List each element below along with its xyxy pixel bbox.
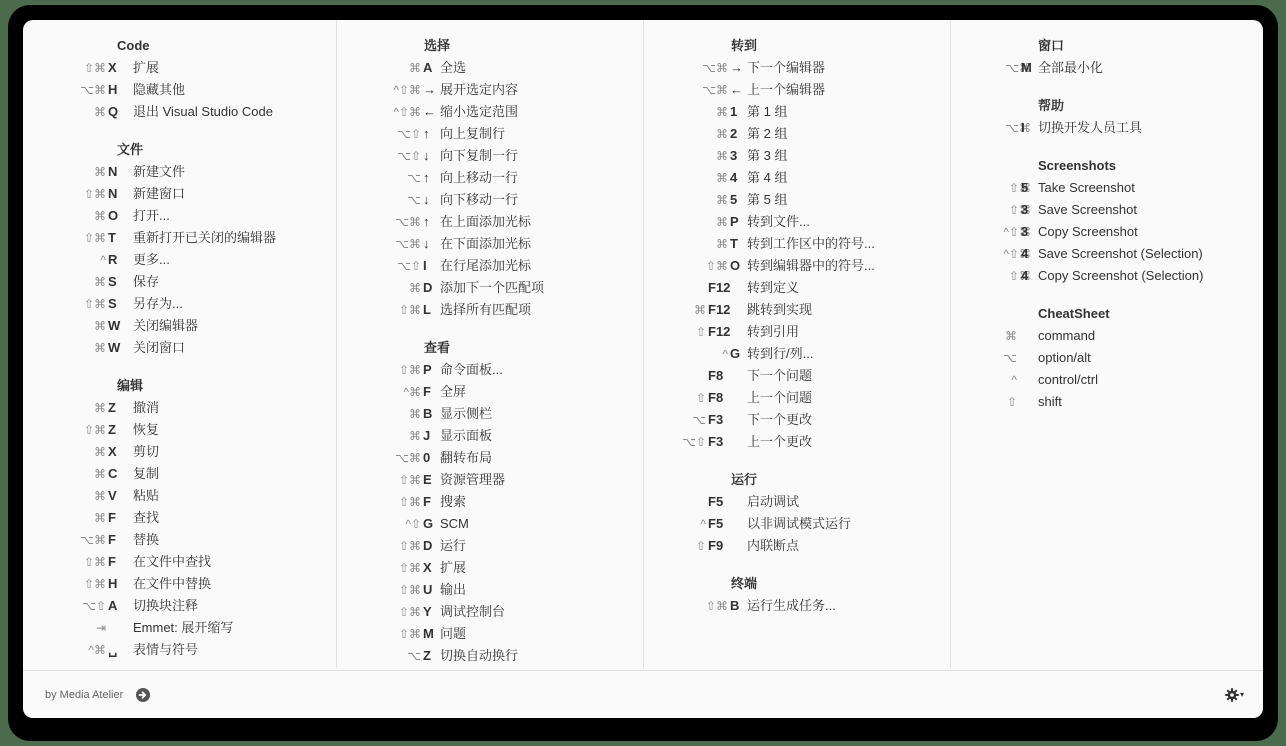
modifier-keys: ⇧⌘ — [84, 419, 106, 441]
shortcut-label: 向上复制行 — [440, 123, 505, 145]
shortcut-label: 转到定义 — [747, 277, 799, 299]
shortcut-key: F — [423, 491, 431, 513]
shortcut-key: → — [730, 57, 743, 79]
shortcut-label: 上一个更改 — [747, 431, 812, 453]
modifier-keys: ⌘ — [94, 205, 106, 227]
shortcut-label: Take Screenshot — [1038, 177, 1135, 199]
section-title: 运行 — [731, 469, 757, 491]
shortcut-label: Emmet: 展开缩写 — [133, 617, 233, 639]
arrow-right-circle-icon[interactable] — [136, 688, 150, 702]
shortcut-key: F9 — [708, 535, 723, 557]
shortcut-label: Save Screenshot — [1038, 199, 1137, 221]
modifier-keys: ^ — [722, 343, 728, 365]
shortcut-row: ⇧⌘N新建窗口 — [23, 183, 336, 205]
section-title: 选择 — [424, 35, 450, 57]
shortcut-key: F5 — [708, 513, 723, 535]
shortcut-row: ⌥⌘↓在下面添加光标 — [337, 233, 643, 255]
shortcut-label: 跳转到实现 — [747, 299, 812, 321]
section-title: CheatSheet — [1038, 303, 1110, 325]
shortcut-label: 全部最小化 — [1038, 57, 1103, 79]
modifier-keys: ⌘ — [409, 403, 421, 425]
shortcut-label: 翻转布局 — [440, 447, 492, 469]
shortcut-key: G — [423, 513, 433, 535]
shortcut-label: SCM — [440, 513, 469, 535]
shortcut-row: ^⇧⌘4Save Screenshot (Selection) — [951, 243, 1263, 265]
shortcut-key: T — [730, 233, 738, 255]
modifier-keys: ⇧⌘ — [399, 491, 421, 513]
shortcut-label: 恢复 — [133, 419, 159, 441]
shortcut-row: ⇧⌘M问题 — [337, 623, 643, 645]
shortcut-key: P — [423, 359, 432, 381]
modifier-keys: ⌘ — [409, 277, 421, 299]
shortcut-row: ⌘T转到工作区中的符号... — [644, 233, 950, 255]
shortcut-label: shift — [1038, 391, 1062, 413]
shortcut-key: O — [730, 255, 740, 277]
modifier-keys: ⇧⌘ — [84, 227, 106, 249]
shortcut-row: ^F5以非调试模式运行 — [644, 513, 950, 535]
shortcut-label: 显示侧栏 — [440, 403, 492, 425]
shortcut-key: ↓ — [423, 233, 430, 255]
column-3: 转到⌥⌘→下一个编辑器⌥⌘←上一个编辑器⌘1第 1 组⌘2第 2 组⌘3第 3 … — [644, 20, 951, 668]
shortcut-label: 内联断点 — [747, 535, 799, 557]
shortcut-label: 第 2 组 — [747, 123, 787, 145]
section-title: 编辑 — [117, 375, 143, 397]
modifier-keys: ⌘ — [716, 211, 728, 233]
shortcut-key: S — [108, 271, 117, 293]
shortcut-key: J — [423, 425, 430, 447]
shortcut-key: F5 — [708, 491, 723, 513]
shortcut-key: V — [108, 485, 117, 507]
shortcut-label: 切换自动换行 — [440, 645, 518, 667]
shortcut-row: ⌘O打开... — [23, 205, 336, 227]
modifier-keys: ^⇧⌘ — [393, 101, 421, 123]
section-title: 查看 — [424, 337, 450, 359]
shortcut-key: L — [423, 299, 431, 321]
shortcut-key: F12 — [708, 321, 730, 343]
modifier-keys: ⌘ — [94, 161, 106, 183]
shortcut-row: ⌥⌘↑在上面添加光标 — [337, 211, 643, 233]
shortcut-label: 切换开发人员工具 — [1038, 117, 1142, 139]
shortcut-label: 第 1 组 — [747, 101, 787, 123]
shortcut-key: F12 — [708, 277, 730, 299]
shortcut-label: 搜索 — [440, 491, 466, 513]
modifier-keys: ⇧⌘ — [399, 535, 421, 557]
shortcut-label: 输出 — [440, 579, 466, 601]
shortcut-row: ^⇧⌘←缩小选定范围 — [337, 101, 643, 123]
shortcut-row: ⌘F查找 — [23, 507, 336, 529]
shortcut-row: ⇧F9内联断点 — [644, 535, 950, 557]
shortcut-row: ⌘P转到文件... — [644, 211, 950, 233]
shortcut-row: ⇧⌘L选择所有匹配项 — [337, 299, 643, 321]
shortcut-label: Copy Screenshot (Selection) — [1038, 265, 1203, 287]
shortcut-key: O — [108, 205, 118, 227]
shortcut-row: ⌥⌘→下一个编辑器 — [644, 57, 950, 79]
modifier-keys: ⌥⌘ — [702, 79, 728, 101]
shortcut-key: N — [108, 183, 117, 205]
modifier-keys: ⌘ — [94, 337, 106, 359]
modifier-keys: ^⇧⌘ — [393, 79, 421, 101]
shortcut-row: ^⌘F全屏 — [337, 381, 643, 403]
shortcut-label: command — [1038, 325, 1095, 347]
shortcut-row: ⇧⌘F搜索 — [337, 491, 643, 513]
shortcut-key: ↑ — [423, 167, 430, 189]
modifier-keys: ⇧ — [696, 535, 706, 557]
shortcut-label: 粘贴 — [133, 485, 159, 507]
modifier-keys: ⇧ — [696, 321, 706, 343]
shortcut-key: E — [423, 469, 432, 491]
shortcut-label: 命令面板... — [440, 359, 503, 381]
shortcut-row: ⌥⌘←上一个编辑器 — [644, 79, 950, 101]
shortcut-label: 转到文件... — [747, 211, 810, 233]
shortcut-row: ⇧⌘T重新打开已关闭的编辑器 — [23, 227, 336, 249]
modifier-keys: ⇧⌘ — [399, 601, 421, 623]
shortcut-key: F12 — [708, 299, 730, 321]
shortcut-key: W — [108, 337, 120, 359]
shortcut-key: F8 — [708, 365, 723, 387]
shortcut-label: 下一个更改 — [747, 409, 812, 431]
modifier-keys: ^⇧ — [405, 513, 421, 535]
shortcut-columns: Code⇧⌘X扩展⌥⌘H隐藏其他⌘Q退出 Visual Studio Code文… — [23, 20, 1263, 670]
chevron-down-icon: ▾ — [1240, 690, 1244, 699]
modifier-keys: ⇧⌘ — [706, 595, 728, 617]
modifier-keys: ^ — [700, 513, 706, 535]
shortcut-label: 以非调试模式运行 — [747, 513, 851, 535]
modifier-keys: ⌘ — [94, 271, 106, 293]
shortcut-key: H — [108, 79, 117, 101]
modifier-keys: ⇧⌘ — [399, 623, 421, 645]
shortcut-label: 切换块注释 — [133, 595, 198, 617]
shortcut-key: F — [108, 551, 116, 573]
shortcut-row: ⇧F12转到引用 — [644, 321, 950, 343]
modifier-keys: ⌘ — [716, 167, 728, 189]
shortcut-key: 4 — [730, 167, 737, 189]
shortcut-row: ⌥⌘F替换 — [23, 529, 336, 551]
shortcut-row: ⇥Emmet: 展开缩写 — [23, 617, 336, 639]
shortcut-row: ^⇧GSCM — [337, 513, 643, 535]
shortcut-row: ⌘5第 5 组 — [644, 189, 950, 211]
modifier-keys: ⌘ — [716, 233, 728, 255]
modifier-keys: ⇧ — [696, 387, 706, 409]
shortcut-key: B — [730, 595, 739, 617]
shortcut-row: ^⇧⌘→展开选定内容 — [337, 79, 643, 101]
section-title: Code — [117, 35, 150, 57]
shortcut-row: ⇧⌘S另存为... — [23, 293, 336, 315]
shortcut-key: 1 — [730, 101, 737, 123]
modifier-keys: ⌥⌘ — [395, 211, 421, 233]
modifier-keys: ⌥⇧ — [397, 255, 421, 277]
shortcut-row: ⌥⌘H隐藏其他 — [23, 79, 336, 101]
shortcut-label: 在上面添加光标 — [440, 211, 531, 233]
shortcut-key: 0 — [423, 447, 430, 469]
modifier-keys: ⇧⌘ — [84, 293, 106, 315]
cheatsheet-window: Code⇧⌘X扩展⌥⌘H隐藏其他⌘Q退出 Visual Studio Code文… — [23, 20, 1263, 718]
shortcut-label: 另存为... — [133, 293, 183, 315]
shortcut-label: 上一个问题 — [747, 387, 812, 409]
shortcut-key: → — [423, 79, 436, 101]
modifier-keys: ⌥⇧ — [397, 145, 421, 167]
shortcut-row: ^⌘␣表情与符号 — [23, 639, 336, 661]
column-2: 选择⌘A全选^⇧⌘→展开选定内容^⇧⌘←缩小选定范围⌥⇧↑向上复制行⌥⇧↓向下复… — [337, 20, 644, 668]
modifier-keys: ^ — [100, 249, 106, 271]
shortcut-row: ⌥⌘0翻转布局 — [337, 447, 643, 469]
modifier-keys: ⌘ — [94, 463, 106, 485]
shortcut-label: 替换 — [133, 529, 159, 551]
modifier-keys: ⌘ — [94, 101, 106, 123]
shortcut-key: C — [108, 463, 117, 485]
shortcut-row: ⌥F3下一个更改 — [644, 409, 950, 431]
shortcut-label: 隐藏其他 — [133, 79, 185, 101]
modifier-keys: ⇧⌘ — [399, 469, 421, 491]
modifier-keys: ⌘ — [409, 57, 421, 79]
shortcut-key: ↑ — [423, 123, 430, 145]
shortcut-row: F5启动调试 — [644, 491, 950, 513]
shortcut-key: 3 — [1021, 221, 1028, 243]
shortcut-row: ⇧⌘B运行生成任务... — [644, 595, 950, 617]
shortcut-label: 全屏 — [440, 381, 466, 403]
shortcut-key: F8 — [708, 387, 723, 409]
shortcut-row: ⇧⌘U输出 — [337, 579, 643, 601]
shortcut-label: 重新打开已关闭的编辑器 — [133, 227, 276, 249]
shortcut-key: 3 — [730, 145, 737, 167]
shortcut-row: ⌥⌘I切换开发人员工具 — [951, 117, 1263, 139]
modifier-keys: ⇧⌘ — [399, 579, 421, 601]
shortcut-key: 5 — [1021, 177, 1028, 199]
shortcut-row: ⌘Z撤消 — [23, 397, 336, 419]
shortcut-row: ⌥option/alt — [951, 347, 1263, 369]
modifier-keys: ⌥ — [407, 645, 421, 667]
shortcut-key: 4 — [1021, 243, 1028, 265]
shortcut-row: ⌘3第 3 组 — [644, 145, 950, 167]
shortcut-label: 打开... — [133, 205, 170, 227]
shortcut-row: ⌘F12跳转到实现 — [644, 299, 950, 321]
shortcut-label: 剪切 — [133, 441, 159, 463]
shortcut-label: 在下面添加光标 — [440, 233, 531, 255]
modifier-keys: ⇧ — [1007, 391, 1017, 413]
shortcut-row: ⌘N新建文件 — [23, 161, 336, 183]
modifier-keys: ^ — [1011, 369, 1017, 391]
shortcut-key: U — [423, 579, 432, 601]
settings-gear-button[interactable]: ▾ — [1225, 685, 1247, 705]
shortcut-row: ⇧⌘H在文件中替换 — [23, 573, 336, 595]
gear-icon — [1225, 688, 1239, 702]
modifier-keys: ^⌘ — [88, 639, 106, 661]
shortcut-key: I — [423, 255, 427, 277]
shortcut-row: ⇧⌘4Copy Screenshot (Selection) — [951, 265, 1263, 287]
shortcut-row: ⌥⌘M全部最小化 — [951, 57, 1263, 79]
modifier-keys: ⌥⌘ — [702, 57, 728, 79]
modifier-keys: ⌘ — [94, 441, 106, 463]
shortcut-key: 3 — [1021, 199, 1028, 221]
modifier-keys: ⌘ — [409, 425, 421, 447]
shortcut-row: ⇧F8上一个问题 — [644, 387, 950, 409]
footer-bar: by Media Atelier ▾ — [23, 670, 1263, 718]
shortcut-label: 添加下一个匹配项 — [440, 277, 544, 299]
shortcut-key: ␣ — [108, 639, 117, 661]
shortcut-label: 转到引用 — [747, 321, 799, 343]
modifier-keys: ⌘ — [716, 145, 728, 167]
shortcut-row: ⌥↓向下移动一行 — [337, 189, 643, 211]
shortcut-label: Save Screenshot (Selection) — [1038, 243, 1203, 265]
shortcut-key: Q — [108, 101, 118, 123]
shortcut-key: 5 — [730, 189, 737, 211]
shortcut-row: ⇧⌘E资源管理器 — [337, 469, 643, 491]
modifier-keys: ⇧⌘ — [84, 183, 106, 205]
shortcut-key: ↓ — [423, 189, 430, 211]
shortcut-row: ⌘W关闭窗口 — [23, 337, 336, 359]
shortcut-row: ⌘A全选 — [337, 57, 643, 79]
shortcut-key: X — [423, 557, 432, 579]
modifier-keys: ⇧⌘ — [706, 255, 728, 277]
shortcut-label: 关闭编辑器 — [133, 315, 198, 337]
shortcut-label: 保存 — [133, 271, 159, 293]
modifier-keys: ⌥⇧ — [682, 431, 706, 453]
shortcut-row: ⇧⌘X扩展 — [337, 557, 643, 579]
shortcut-label: 调试控制台 — [440, 601, 505, 623]
section-title: 终端 — [731, 573, 757, 595]
shortcut-row: ⌥↑向上移动一行 — [337, 167, 643, 189]
shortcut-row: ⌘X剪切 — [23, 441, 336, 463]
modifier-keys: ^⌘ — [403, 381, 421, 403]
shortcut-label: 上一个编辑器 — [747, 79, 825, 101]
credit-link[interactable]: by Media Atelier — [45, 686, 123, 704]
shortcut-row: ⌥⇧I在行尾添加光标 — [337, 255, 643, 277]
shortcut-label: 下一个编辑器 — [747, 57, 825, 79]
shortcut-key: X — [108, 57, 117, 79]
shortcut-key: ↑ — [423, 211, 430, 233]
shortcut-key: ← — [423, 101, 436, 123]
shortcut-key: I — [1021, 117, 1025, 139]
modifier-keys: ⌘ — [94, 397, 106, 419]
shortcut-key: B — [423, 403, 432, 425]
shortcut-label: 下一个问题 — [747, 365, 812, 387]
shortcut-label: 显示面板 — [440, 425, 492, 447]
shortcut-key: F3 — [708, 431, 723, 453]
modifier-keys: ⌘ — [694, 299, 706, 321]
shortcut-row: ⌘V粘贴 — [23, 485, 336, 507]
shortcut-label: 运行生成任务... — [747, 595, 836, 617]
shortcut-key: T — [108, 227, 116, 249]
shortcut-label: 运行 — [440, 535, 466, 557]
shortcut-row: F8下一个问题 — [644, 365, 950, 387]
shortcut-row: ⌘S保存 — [23, 271, 336, 293]
shortcut-row: ⇧shift — [951, 391, 1263, 413]
shortcut-row: ^control/ctrl — [951, 369, 1263, 391]
shortcut-label: 第 4 组 — [747, 167, 787, 189]
section-title: 转到 — [731, 35, 757, 57]
shortcut-key: Z — [423, 645, 431, 667]
modifier-keys: ⌥ — [407, 189, 421, 211]
shortcut-label: 问题 — [440, 623, 466, 645]
shortcut-key: F3 — [708, 409, 723, 431]
shortcut-key: F — [108, 529, 116, 551]
shortcut-row: ⇧⌘D运行 — [337, 535, 643, 557]
shortcut-row: ⇧⌘Y调试控制台 — [337, 601, 643, 623]
shortcut-label: 表情与符号 — [133, 639, 198, 661]
shortcut-key: Z — [108, 397, 116, 419]
modifier-keys: ⌥⇧ — [82, 595, 106, 617]
shortcut-label: 复制 — [133, 463, 159, 485]
shortcut-key: Z — [108, 419, 116, 441]
modifier-keys: ⇧⌘ — [84, 57, 106, 79]
shortcut-row: ⌘W关闭编辑器 — [23, 315, 336, 337]
shortcut-row: ⇧⌘F在文件中查找 — [23, 551, 336, 573]
shortcut-label: 在文件中查找 — [133, 551, 211, 573]
shortcut-label: 向下复制一行 — [440, 145, 518, 167]
shortcut-key: F — [108, 507, 116, 529]
modifier-keys: ⇧⌘ — [399, 359, 421, 381]
shortcut-row: ^⇧⌘3Copy Screenshot — [951, 221, 1263, 243]
shortcut-label: 向下移动一行 — [440, 189, 518, 211]
shortcut-label: 转到编辑器中的符号... — [747, 255, 875, 277]
shortcut-key: ↓ — [423, 145, 430, 167]
section-title: 帮助 — [1038, 95, 1064, 117]
modifier-keys: ⌘ — [716, 123, 728, 145]
shortcut-row: ⇧⌘P命令面板... — [337, 359, 643, 381]
shortcut-row: ⌥⇧↓向下复制一行 — [337, 145, 643, 167]
modifier-keys: ⇧⌘ — [84, 573, 106, 595]
shortcut-key: ← — [730, 79, 743, 101]
shortcut-key: 4 — [1021, 265, 1028, 287]
shortcut-key: 2 — [730, 123, 737, 145]
shortcut-label: 向上移动一行 — [440, 167, 518, 189]
shortcut-key: R — [108, 249, 117, 271]
shortcut-row: ^R更多... — [23, 249, 336, 271]
shortcut-label: 启动调试 — [747, 491, 799, 513]
column-4: 窗口⌥⌘M全部最小化帮助⌥⌘I切换开发人员工具Screenshots⇧⌘5Tak… — [951, 20, 1263, 668]
shortcut-row: ⌘B显示侧栏 — [337, 403, 643, 425]
modifier-keys: ⌥⌘ — [395, 447, 421, 469]
shortcut-label: 展开选定内容 — [440, 79, 518, 101]
shortcut-label: 选择所有匹配项 — [440, 299, 531, 321]
shortcut-label: 关闭窗口 — [133, 337, 185, 359]
shortcut-key: N — [108, 161, 117, 183]
shortcut-key: W — [108, 315, 120, 337]
shortcut-row: ⌥⇧A切换块注释 — [23, 595, 336, 617]
shortcut-key: S — [108, 293, 117, 315]
modifier-keys: ⌘ — [94, 315, 106, 337]
shortcut-row: ⌥⇧F3上一个更改 — [644, 431, 950, 453]
shortcut-label: Copy Screenshot — [1038, 221, 1138, 243]
shortcut-label: 全选 — [440, 57, 466, 79]
shortcut-key: D — [423, 277, 432, 299]
shortcut-label: 在文件中替换 — [133, 573, 211, 595]
shortcut-label: 转到工作区中的符号... — [747, 233, 875, 255]
modifier-keys: ⌘ — [1005, 325, 1017, 347]
modifier-keys: ⌥⌘ — [80, 79, 106, 101]
modifier-keys: ⇥ — [96, 617, 106, 639]
shortcut-label: 新建窗口 — [133, 183, 185, 205]
shortcut-label: 在行尾添加光标 — [440, 255, 531, 277]
shortcut-row: ⌘command — [951, 325, 1263, 347]
shortcut-label: 扩展 — [440, 557, 466, 579]
shortcut-row: ⌘4第 4 组 — [644, 167, 950, 189]
shortcut-row: ⇧⌘O转到编辑器中的符号... — [644, 255, 950, 277]
modifier-keys: ⌥⌘ — [80, 529, 106, 551]
shortcut-key: H — [108, 573, 117, 595]
modifier-keys: ⌥⌘ — [1005, 117, 1031, 139]
shortcut-key: A — [423, 57, 432, 79]
shortcut-label: 撤消 — [133, 397, 159, 419]
shortcut-label: 查找 — [133, 507, 159, 529]
shortcut-row: F12转到定义 — [644, 277, 950, 299]
modifier-keys: ⇧⌘ — [399, 557, 421, 579]
shortcut-row: ⇧⌘X扩展 — [23, 57, 336, 79]
shortcut-row: ⌘2第 2 组 — [644, 123, 950, 145]
shortcut-key: G — [730, 343, 740, 365]
modifier-keys: ⌘ — [94, 507, 106, 529]
shortcut-label: 新建文件 — [133, 161, 185, 183]
shortcut-row: ^G转到行/列... — [644, 343, 950, 365]
